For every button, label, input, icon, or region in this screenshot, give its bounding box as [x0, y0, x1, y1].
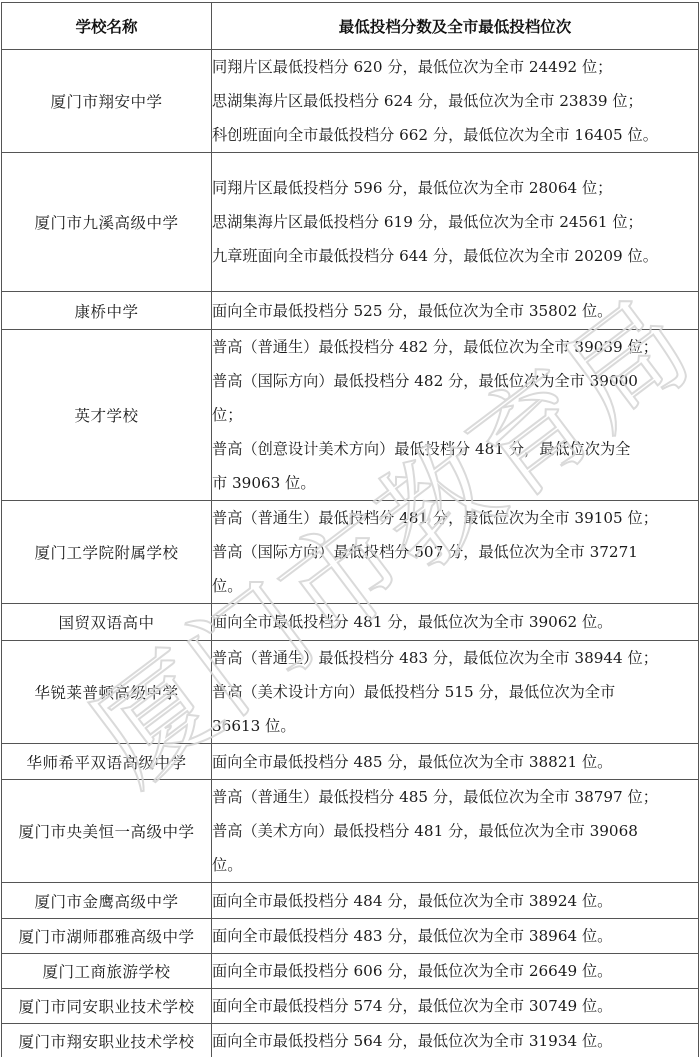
score-detail-cell: 面向全市最低投档分 481 分，最低位次为全市 39062 位。 [212, 604, 699, 641]
score-detail-cell: 面向全市最低投档分 606 分，最低位次为全市 26649 位。 [212, 954, 699, 989]
school-name-cell: 厦门市央美恒一高级中学 [2, 780, 212, 883]
score-detail-cell: 同翔片区最低投档分 596 分，最低位次为全市 28064 位；思湖集海片区最低… [212, 153, 699, 292]
score-detail-line: 位。 [212, 569, 698, 603]
score-detail-line: 普高（美术设计方向）最低投档分 515 分，最低位次为全市 [212, 675, 698, 709]
score-detail-line: 位； [212, 398, 698, 432]
admission-scores-table: 学校名称 最低投档分数及全市最低投档位次 厦门市翔安中学同翔片区最低投档分 62… [1, 2, 699, 1057]
table-row: 英才学校普高（普通生）最低投档分 482 分，最低位次为全市 39039 位；普… [2, 330, 699, 501]
score-detail-line: 面向全市最低投档分 564 分，最低位次为全市 31934 位。 [212, 1024, 698, 1057]
school-name-cell: 厦门市翔安中学 [2, 50, 212, 153]
score-detail-cell: 同翔片区最低投档分 620 分，最低位次为全市 24492 位；思湖集海片区最低… [212, 50, 699, 153]
table-row: 厦门工学院附属学校普高（普通生）最低投档分 481 分，最低位次为全市 3910… [2, 501, 699, 604]
score-detail-line: 普高（国际方向）最低投档分 507 分，最低位次为全市 37271 [212, 535, 698, 569]
score-detail-line: 思湖集海片区最低投档分 619 分，最低位次为全市 24561 位； [212, 205, 698, 239]
table-row: 华师希平双语高级中学面向全市最低投档分 485 分，最低位次为全市 38821 … [2, 744, 699, 780]
score-detail-cell: 面向全市最低投档分 574 分，最低位次为全市 30749 位。 [212, 989, 699, 1024]
school-name-cell: 康桥中学 [2, 292, 212, 330]
school-name-cell: 厦门工商旅游学校 [2, 954, 212, 989]
table-row: 厦门市央美恒一高级中学普高（普通生）最低投档分 485 分，最低位次为全市 38… [2, 780, 699, 883]
score-detail-line: 面向全市最低投档分 606 分，最低位次为全市 26649 位。 [212, 954, 698, 988]
school-name-cell: 厦门市九溪高级中学 [2, 153, 212, 292]
school-name-cell: 厦门市金鹰高级中学 [2, 883, 212, 919]
score-detail-line: 普高（国际方向）最低投档分 482 分，最低位次为全市 39000 [212, 364, 698, 398]
table-row: 厦门市同安职业技术学校面向全市最低投档分 574 分，最低位次为全市 30749… [2, 989, 699, 1024]
score-detail-line: 九章班面向全市最低投档分 644 分，最低位次为全市 20209 位。 [212, 239, 698, 273]
score-detail-line: 普高（创意设计美术方向）最低投档分 481 分，最低位次为全 [212, 432, 698, 466]
score-detail-line: 面向全市最低投档分 484 分，最低位次为全市 38924 位。 [212, 884, 698, 918]
score-detail-line: 普高（普通生）最低投档分 483 分，最低位次为全市 38944 位； [212, 641, 698, 675]
table-row: 厦门市湖师郡雅高级中学面向全市最低投档分 483 分，最低位次为全市 38964… [2, 919, 699, 954]
table-row: 厦门市翔安中学同翔片区最低投档分 620 分，最低位次为全市 24492 位；思… [2, 50, 699, 153]
school-name-cell: 华锐莱普顿高级中学 [2, 641, 212, 744]
column-header-detail: 最低投档分数及全市最低投档位次 [212, 3, 699, 50]
score-detail-line: 普高（普通生）最低投档分 481 分，最低位次为全市 39105 位； [212, 501, 698, 535]
score-detail-line: 同翔片区最低投档分 620 分，最低位次为全市 24492 位； [212, 50, 698, 84]
table-row: 国贸双语高中面向全市最低投档分 481 分，最低位次为全市 39062 位。 [2, 604, 699, 641]
score-detail-cell: 普高（普通生）最低投档分 482 分，最低位次为全市 39039 位；普高（国际… [212, 330, 699, 501]
table-header-row: 学校名称 最低投档分数及全市最低投档位次 [2, 3, 699, 50]
score-detail-line: 同翔片区最低投档分 596 分，最低位次为全市 28064 位； [212, 171, 698, 205]
table-row: 康桥中学面向全市最低投档分 525 分，最低位次为全市 35802 位。 [2, 292, 699, 330]
table-body: 厦门市翔安中学同翔片区最低投档分 620 分，最低位次为全市 24492 位；思… [2, 50, 699, 1057]
score-detail-cell: 普高（普通生）最低投档分 481 分，最低位次为全市 39105 位；普高（国际… [212, 501, 699, 604]
school-name-cell: 英才学校 [2, 330, 212, 501]
score-detail-line: 面向全市最低投档分 485 分，最低位次为全市 38821 位。 [212, 745, 698, 779]
score-detail-line: 普高（普通生）最低投档分 485 分，最低位次为全市 38797 位； [212, 780, 698, 814]
score-detail-line: 科创班面向全市最低投档分 662 分，最低位次为全市 16405 位。 [212, 118, 698, 152]
table-row: 厦门市九溪高级中学同翔片区最低投档分 596 分，最低位次为全市 28064 位… [2, 153, 699, 292]
school-name-cell: 华师希平双语高级中学 [2, 744, 212, 780]
score-detail-cell: 面向全市最低投档分 483 分，最低位次为全市 38964 位。 [212, 919, 699, 954]
score-detail-cell: 面向全市最低投档分 525 分，最低位次为全市 35802 位。 [212, 292, 699, 330]
score-detail-line: 面向全市最低投档分 525 分，最低位次为全市 35802 位。 [212, 294, 698, 328]
score-detail-cell: 面向全市最低投档分 485 分，最低位次为全市 38821 位。 [212, 744, 699, 780]
score-detail-line: 普高（普通生）最低投档分 482 分，最低位次为全市 39039 位； [212, 330, 698, 364]
table-row: 华锐莱普顿高级中学普高（普通生）最低投档分 483 分，最低位次为全市 3894… [2, 641, 699, 744]
score-detail-line: 36613 位。 [212, 709, 698, 743]
score-detail-line: 思湖集海片区最低投档分 624 分，最低位次为全市 23839 位； [212, 84, 698, 118]
score-detail-cell: 面向全市最低投档分 564 分，最低位次为全市 31934 位。 [212, 1024, 699, 1057]
table-row: 厦门工商旅游学校面向全市最低投档分 606 分，最低位次为全市 26649 位。 [2, 954, 699, 989]
column-header-school: 学校名称 [2, 3, 212, 50]
score-detail-line: 面向全市最低投档分 574 分，最低位次为全市 30749 位。 [212, 989, 698, 1023]
score-detail-line: 普高（美术方向）最低投档分 481 分，最低位次为全市 39068 [212, 814, 698, 848]
score-detail-line: 市 39063 位。 [212, 466, 698, 500]
school-name-cell: 厦门市同安职业技术学校 [2, 989, 212, 1024]
score-detail-line: 面向全市最低投档分 481 分，最低位次为全市 39062 位。 [212, 605, 698, 639]
score-detail-cell: 面向全市最低投档分 484 分，最低位次为全市 38924 位。 [212, 883, 699, 919]
table-row: 厦门市翔安职业技术学校面向全市最低投档分 564 分，最低位次为全市 31934… [2, 1024, 699, 1057]
score-detail-cell: 普高（普通生）最低投档分 485 分，最低位次为全市 38797 位；普高（美术… [212, 780, 699, 883]
score-detail-line: 位。 [212, 848, 698, 882]
score-detail-line: 面向全市最低投档分 483 分，最低位次为全市 38964 位。 [212, 919, 698, 953]
school-name-cell: 厦门工学院附属学校 [2, 501, 212, 604]
document-page: 学校名称 最低投档分数及全市最低投档位次 厦门市翔安中学同翔片区最低投档分 62… [0, 0, 700, 1057]
school-name-cell: 厦门市翔安职业技术学校 [2, 1024, 212, 1057]
school-name-cell: 国贸双语高中 [2, 604, 212, 641]
school-name-cell: 厦门市湖师郡雅高级中学 [2, 919, 212, 954]
score-detail-cell: 普高（普通生）最低投档分 483 分，最低位次为全市 38944 位；普高（美术… [212, 641, 699, 744]
table-row: 厦门市金鹰高级中学面向全市最低投档分 484 分，最低位次为全市 38924 位… [2, 883, 699, 919]
